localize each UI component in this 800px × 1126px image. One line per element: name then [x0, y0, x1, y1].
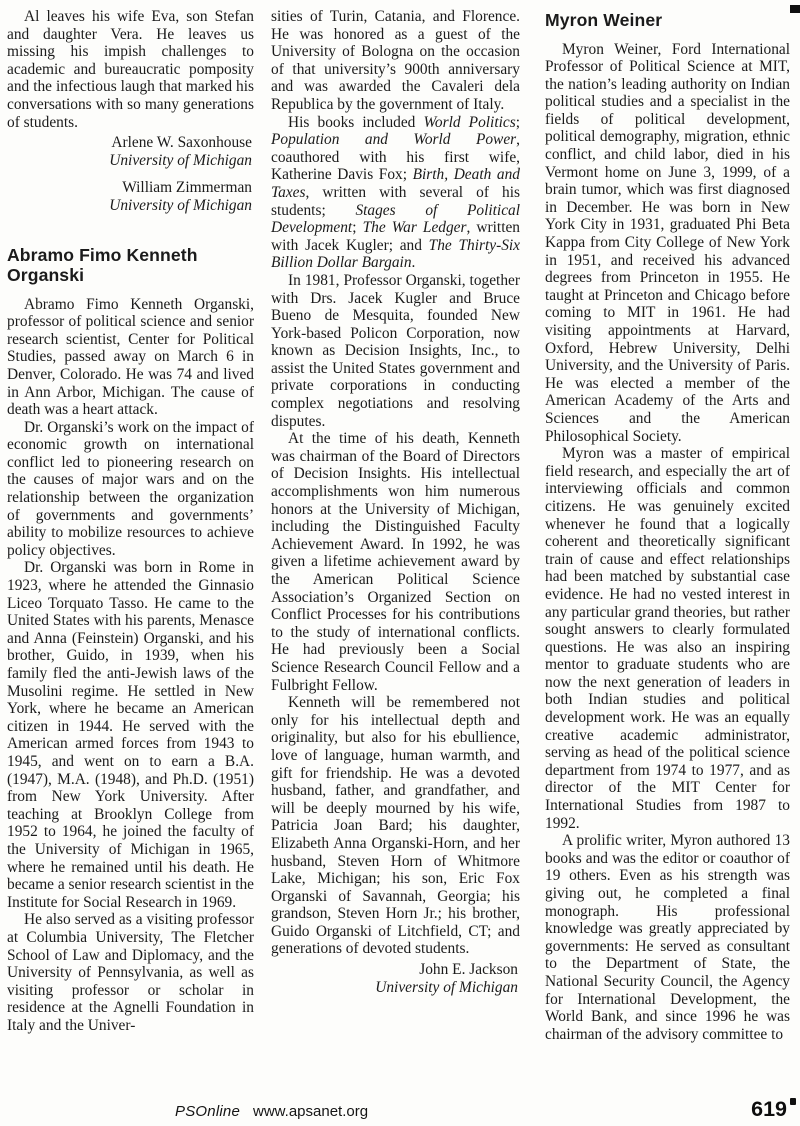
signature-affiliation: University of Michigan [7, 197, 252, 215]
text-segment: . [412, 254, 416, 271]
footer-journal-line: PSOnlinewww.apsanet.org [175, 1103, 368, 1120]
body-paragraph: Abramo Fimo Kenneth Organski, professor … [7, 296, 254, 419]
body-paragraph: Kenneth will be remembered not only for … [271, 694, 520, 958]
signature-name: John E. Jackson [271, 961, 518, 979]
book-title: Population and World Power [271, 131, 516, 148]
text-segment: His books included [288, 114, 424, 131]
text-segment: ; [516, 114, 520, 131]
column-1: Al leaves his wife Eva, son Stefan and d… [7, 8, 254, 1034]
journal-logo-online: Online [195, 1103, 240, 1120]
signature-block: Arlene W. SaxonhouseUniversity of Michig… [7, 134, 252, 169]
column-3: Myron WeinerMyron Weiner, Ford Internati… [545, 8, 790, 1043]
body-paragraph: Dr. Organski was born in Rome in 1923, w… [7, 559, 254, 911]
text-segment: Abramo Fimo Kenneth Organski, professor … [7, 296, 254, 419]
text-segment: ; [352, 219, 362, 236]
book-title: World Politics [424, 114, 516, 131]
text-segment: Myron Weiner, Ford International Profess… [545, 41, 790, 445]
journal-page: Al leaves his wife Eva, son Stefan and d… [0, 0, 800, 1126]
text-segment: sities of Turin, Catania, and Florence. … [271, 8, 520, 113]
journal-logo: PSOnline [175, 1103, 240, 1120]
text-segment: In 1981, Professor Organski, together wi… [271, 272, 520, 430]
text-segment: At the time of his death, Kenneth was ch… [271, 430, 520, 693]
text-segment: Myron was a master of empirical field re… [545, 445, 790, 831]
signature-block: John E. JacksonUniversity of Michigan [271, 961, 518, 996]
body-paragraph: His books included World Politics; Popul… [271, 114, 520, 272]
journal-logo-ps: PS [175, 1103, 195, 1120]
signature-affiliation: University of Michigan [7, 152, 252, 170]
body-paragraph: Dr. Organski’s work on the impact of eco… [7, 419, 254, 560]
body-paragraph: sities of Turin, Catania, and Florence. … [271, 8, 520, 114]
scan-artifact-mark [790, 5, 800, 13]
signature-name: Arlene W. Saxonhouse [7, 134, 252, 152]
body-paragraph: Myron Weiner, Ford International Profess… [545, 41, 790, 446]
signature-affiliation: University of Michigan [271, 979, 518, 997]
text-segment: Al leaves his wife Eva, son Stefan and d… [7, 8, 254, 131]
text-segment: Kenneth will be remembered not only for … [271, 694, 520, 957]
body-paragraph: Myron was a master of empirical field re… [545, 445, 790, 832]
text-segment: Dr. Organski was born in Rome in 1923, w… [7, 559, 254, 910]
text-segment: Dr. Organski’s work on the impact of eco… [7, 419, 254, 559]
body-paragraph: A prolific writer, Myron authored 13 boo… [545, 832, 790, 1043]
scan-artifact-mark [790, 1098, 796, 1105]
journal-url: www.apsanet.org [253, 1103, 368, 1120]
text-segment: He also served as a visiting professor a… [7, 911, 254, 1034]
signature-block: William ZimmermanUniversity of Michigan [7, 179, 252, 214]
body-paragraph: At the time of his death, Kenneth was ch… [271, 430, 520, 694]
body-paragraph: In 1981, Professor Organski, together wi… [271, 272, 520, 430]
text-segment: A prolific writer, Myron authored 13 boo… [545, 832, 790, 1043]
body-paragraph: He also served as a visiting professor a… [7, 911, 254, 1034]
column-2: sities of Turin, Catania, and Florence. … [271, 8, 520, 1006]
obituary-heading: Myron Weiner [545, 10, 790, 31]
obituary-heading: Abramo Fimo Kenneth Organski [7, 245, 254, 286]
signature-name: William Zimmerman [7, 179, 252, 197]
book-title: The War Ledger [363, 219, 467, 236]
page-number: 619 [751, 1097, 787, 1122]
body-paragraph: Al leaves his wife Eva, son Stefan and d… [7, 8, 254, 131]
